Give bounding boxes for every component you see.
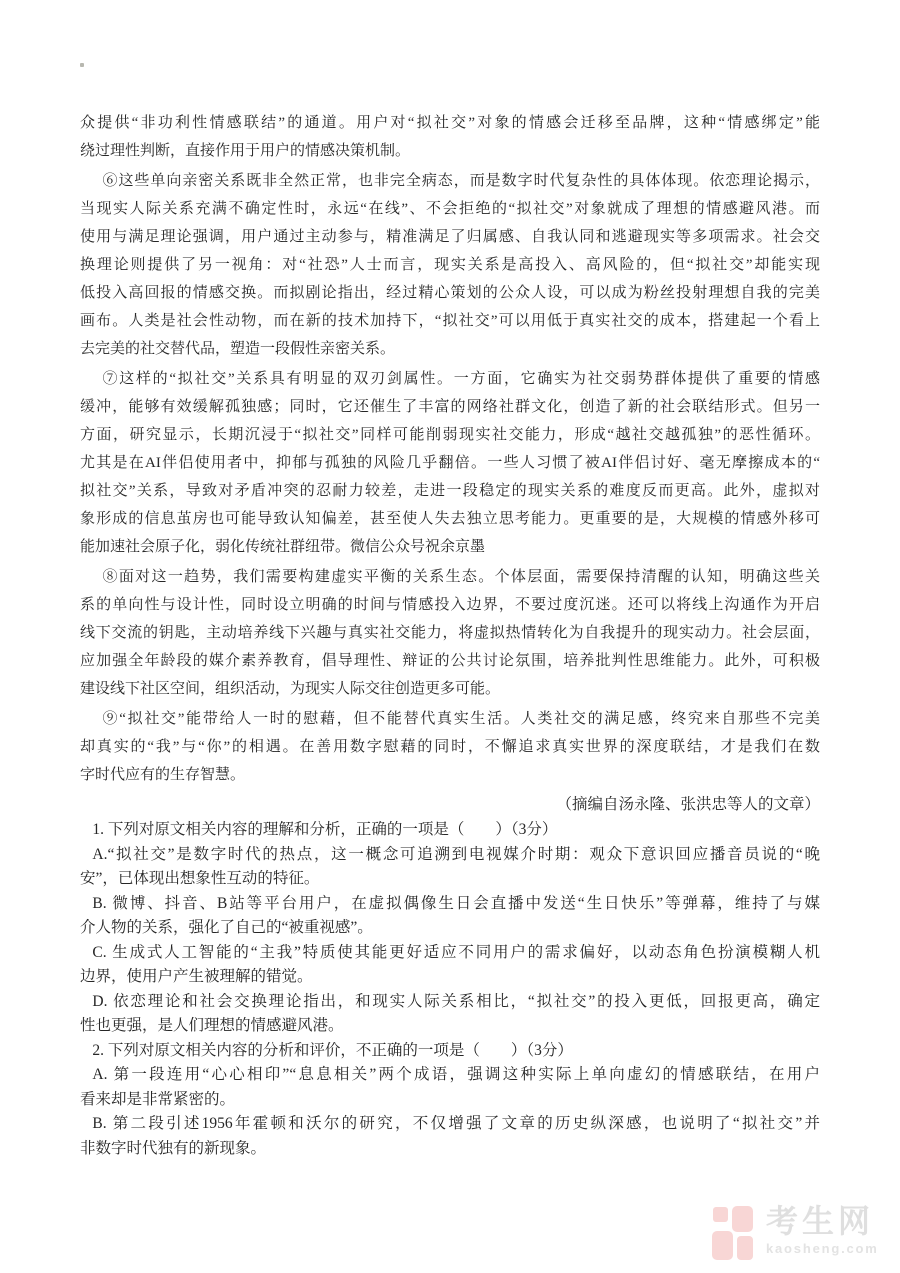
watermark-brand-en: kaosheng.com bbox=[766, 1241, 879, 1256]
question-2-stem: 2. 下列对原文相关内容的分析和评价，不正确的一项是（ ）（3分） bbox=[80, 1039, 820, 1064]
watermark-brand-cn: 考生网 bbox=[766, 1203, 879, 1239]
logo-block bbox=[737, 1236, 753, 1260]
article-line: 去完美的社交替代品，塑造一段假性亲密关系。 bbox=[80, 335, 820, 363]
article-line: 方面，研究显示，长期沉浸于“拟社交”同样可能削弱现实社交能力，形成“越社交越孤独… bbox=[80, 421, 820, 449]
article-line: 使用与满足理论强调，用户通过主动参与，精准满足了归属感、自我认同和逃避现实等多项… bbox=[80, 223, 820, 251]
question-2-option-a: 看来却是非常紧密的。 bbox=[80, 1088, 820, 1113]
scan-artifact-dot bbox=[80, 63, 84, 67]
article-line: 缓冲，能够有效缓解孤独感；同时，它还催生了丰富的网络社群文化，创造了新的社会联结… bbox=[80, 393, 820, 421]
article-line: 拟社交”关系，导致对矛盾冲突的忍耐力较差，走进一段稳定的现实关系的难度反而更高。… bbox=[80, 477, 820, 505]
article-line: ⑦这样的“拟社交”关系具有明显的双刃剑属性。一方面，它确实为社交弱势群体提供了重… bbox=[80, 365, 820, 393]
article-line: 低投入高回报的情感交换。而拟剧论指出，经过精心策划的公众人设，可以成为粉丝投射理… bbox=[80, 279, 820, 307]
question-1-stem: 1. 下列对原文相关内容的理解和分析，正确的一项是（ ）（3分） bbox=[80, 818, 820, 843]
question-1-option-b: 介人物的关系，强化了自己的“被重视感”。 bbox=[80, 916, 820, 941]
page: { "document": { "lines": [ {"text": "众提供… bbox=[0, 0, 900, 1273]
document-body: 众提供“非功利性情感联结”的通道。用户对“拟社交”对象的情感会迁移至品牌，这种“… bbox=[80, 109, 820, 1161]
kaosheng-watermark: 考生网 kaosheng.com bbox=[711, 1203, 879, 1260]
article-line: 线下交流的钥匙，主动培养线下兴趣与真实社交能力，将虚拟热情转化为自我提升的现实动… bbox=[80, 619, 820, 647]
logo-block bbox=[712, 1231, 733, 1260]
question-1-option-a: 安”，已体现出想象性互动的特征。 bbox=[80, 867, 820, 892]
article-line: 当现实人际关系充满不确定性时，永远“在线”、不会拒绝的“拟社交”对象就成了理想的… bbox=[80, 195, 820, 223]
article-line: 绕过理性判断，直接作用于用户的情感决策机制。 bbox=[80, 137, 820, 165]
logo-block bbox=[732, 1206, 753, 1232]
question-2-option-b: 非数字时代独有的新现象。 bbox=[80, 1137, 820, 1162]
article-line: 字时代应有的生存智慧。 bbox=[80, 761, 820, 789]
article-line: 能加速社会原子化，弱化传统社群纽带。微信公众号祝余京墨 bbox=[80, 533, 820, 561]
article-line: 系的单向性与设计性，同时设立明确的时间与情感投入边界，不要过度沉迷。还可以将线上… bbox=[80, 591, 820, 619]
article-line: 建设线下社区空间，组织活动，为现实人际交往创造更多可能。 bbox=[80, 675, 820, 703]
article-line: 画布。人类是社会性动物，而在新的技术加持下，“拟社交”可以用低于真实社交的成本，… bbox=[80, 307, 820, 335]
question-1-option-a: A.“拟社交”是数字时代的热点，这一概念可追溯到电视媒介时期：观众下意识回应播音… bbox=[80, 843, 820, 868]
question-1-option-b: B. 微博、抖音、B站等平台用户，在虚拟偶像生日会直播中发送“生日快乐”等弹幕，… bbox=[80, 892, 820, 917]
article-line: 象形成的信息茧房也可能导致认知偏差，甚至使人失去独立思考能力。更重要的是，大规模… bbox=[80, 505, 820, 533]
question-1-option-c: 边界，使用户产生被理解的错觉。 bbox=[80, 965, 820, 990]
question-1-option-d: D. 依恋理论和社会交换理论指出，和现实人际关系相比，“拟社交”的投入更低，回报… bbox=[80, 990, 820, 1015]
kaosheng-logo-icon bbox=[711, 1203, 755, 1260]
article-line: ⑧面对这一趋势，我们需要构建虚实平衡的关系生态。个体层面，需要保持清醒的认知，明… bbox=[80, 563, 820, 591]
attribution-line: （摘编自汤永隆、张洪忠等人的文章） bbox=[80, 792, 820, 818]
article-line: ⑨“拟社交”能带给人一时的慰藉，但不能替代真实生活。人类社交的满足感，终究来自那… bbox=[80, 705, 820, 733]
logo-block bbox=[713, 1207, 728, 1222]
question-2-option-b: B. 第二段引述1956年霍顿和沃尔的研究，不仅增强了文章的历史纵深感，也说明了… bbox=[80, 1112, 820, 1137]
question-1-option-c: C. 生成式人工智能的“主我”特质使其能更好适应不同用户的需求偏好，以动态角色扮… bbox=[80, 941, 820, 966]
article-line: 尤其是在AI伴侣使用者中，抑郁与孤独的风险几乎翻倍。一些人习惯了被AI伴侣讨好、… bbox=[80, 449, 820, 477]
article-line: 换理论则提供了另一视角：对“社恐”人士而言，现实关系是高投入、高风险的，但“拟社… bbox=[80, 251, 820, 279]
article-line: 却真实的“我”与“你”的相遇。在善用数字慰藉的同时，不懈追求真实世界的深度联结，… bbox=[80, 733, 820, 761]
watermark-text: 考生网 kaosheng.com bbox=[766, 1203, 879, 1256]
article-line: 众提供“非功利性情感联结”的通道。用户对“拟社交”对象的情感会迁移至品牌，这种“… bbox=[80, 109, 820, 137]
question-1-option-d: 性也更强，是人们理想的情感避风港。 bbox=[80, 1014, 820, 1039]
article-line: ⑥这些单向亲密关系既非全然正常，也非完全病态，而是数字时代复杂性的具体体现。依恋… bbox=[80, 167, 820, 195]
article-line: 应加强全年龄段的媒介素养教育，倡导理性、辩证的公共讨论氛围，培养批判性思维能力。… bbox=[80, 647, 820, 675]
question-2-option-a: A. 第一段连用“心心相印”“息息相关”两个成语，强调这种实际上单向虚幻的情感联… bbox=[80, 1063, 820, 1088]
